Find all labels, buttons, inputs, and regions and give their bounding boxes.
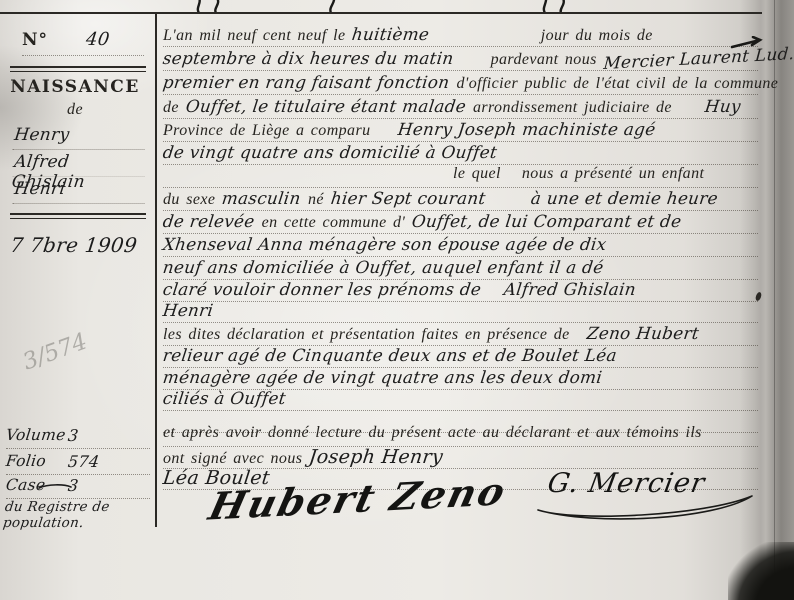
folio-row: Folio 574 — [6, 452, 150, 475]
body-line-9: de relevéeen cette commune d'Ouffet, de … — [163, 211, 758, 234]
body-line-10: Xhenseval Anna ménagère son épouse agée … — [163, 234, 758, 257]
pencil-annotation: 3/574 — [20, 328, 91, 375]
volume-row: Volume 3 — [6, 426, 150, 449]
body-line-8: du sexemasculinnéhier Sept courantà une … — [163, 188, 758, 211]
record-type-title: NAISSANCE — [0, 77, 150, 97]
body-line-12: claré vouloir donner les prénoms deAlfre… — [163, 279, 758, 302]
text-segment: le quel — [453, 165, 501, 183]
act-number-label: N° — [22, 30, 48, 50]
text-segment: Ouffet, le titulaire étant malade — [185, 96, 468, 116]
text-segment: Xhenseval Anna ménagère son épouse agée … — [162, 234, 608, 254]
body-line-14: les dites déclaration et présentation fa… — [163, 323, 758, 346]
text-segment: ciliés à Ouffet — [162, 388, 287, 408]
body-line-5: Province de Liège a comparuHenry Joseph … — [163, 119, 758, 142]
text-segment: pardevant nous — [491, 51, 597, 69]
text-segment: septembre à dix heures du matin — [162, 48, 455, 68]
text-segment: huitième — [351, 24, 431, 44]
double-rule-bottom — [10, 213, 146, 219]
margin-date-note: 7 7bre 1909 — [9, 233, 139, 257]
case-row: Case 3 — [6, 476, 150, 499]
text-segment: masculin — [221, 188, 302, 208]
child-given-names: Alfred Ghislain — [12, 152, 147, 177]
body-line-4: deOuffet, le titulaire étant maladearron… — [163, 96, 758, 119]
body-line-13: Henri — [163, 300, 758, 323]
double-rule-top — [10, 66, 146, 72]
text-segment: à une et demie heure — [529, 188, 718, 208]
text-segment: ménagère agée de vingt quatre ans les de… — [162, 367, 604, 387]
text-segment: nous a présenté un enfant — [522, 165, 704, 183]
text-segment: arrondissement judiciaire de — [473, 99, 672, 117]
act-number-row: N° 40 — [22, 29, 144, 56]
body-line-17: ciliés à Ouffet — [163, 388, 758, 411]
text-segment: de vingt quatre ans domicilié à Ouffet — [162, 142, 499, 162]
text-segment: Province de Liège a comparu — [163, 122, 371, 140]
body-line-16: ménagère agée de vingt quatre ans les de… — [163, 367, 758, 390]
text-segment: neuf ans domiciliée à Ouffet, auquel enf… — [162, 257, 605, 277]
body-line-19: et après avoir donné lecture du présent … — [163, 424, 758, 447]
text-segment: du sexe — [163, 191, 215, 209]
body-line-3: premier en rang faisant fonctiond'offici… — [163, 72, 758, 95]
text-segment: Henri — [162, 300, 215, 320]
ink-mark — [730, 36, 764, 52]
text-segment: claré vouloir donner les prénoms de — [162, 279, 483, 299]
child-surname: Henry — [12, 125, 147, 150]
body-line-15: relieur agé de Cinquante deux ans et de … — [163, 345, 758, 368]
text-segment: ont signé avec nous — [163, 450, 302, 468]
body-line-6: de vingt quatre ans domicilié à Ouffet — [163, 142, 758, 165]
text-segment: Mercier Laurent Lud. — [603, 43, 794, 73]
text-segment: L'an mil neuf cent neuf le — [163, 27, 345, 45]
text-segment: né — [308, 191, 324, 209]
text-segment: Ouffet, de lui Comparant et de — [411, 211, 683, 231]
text-segment: de relevée — [162, 211, 256, 231]
body-line-11: neuf ans domiciliée à Ouffet, auquel enf… — [163, 257, 758, 280]
text-segment: d'officier public de l'état civil de la … — [456, 75, 778, 93]
text-segment: jour du mois de — [541, 27, 653, 45]
text-segment: Huy — [704, 96, 742, 116]
text-segment: et après avoir donné lecture du présent … — [163, 424, 702, 442]
volume-label: Volume — [5, 426, 67, 444]
folio-value: 574 — [67, 452, 101, 471]
text-segment: en cette commune d' — [262, 214, 406, 232]
signature-flourish — [524, 490, 764, 530]
text-segment: hier Sept courant — [330, 188, 487, 208]
text-segment: Zeno Hubert — [585, 323, 699, 343]
folio-label: Folio — [5, 452, 47, 470]
register-reference-note: du Registre de population. — [2, 499, 158, 531]
child-given-name-2: Henri — [12, 179, 147, 204]
text-segment: Alfred Ghislain — [503, 279, 637, 299]
record-type-de: de — [0, 101, 150, 119]
margin-column: N° 40 NAISSANCE de Henry Alfred Ghislain… — [0, 13, 157, 600]
body-line-1: L'an mil neuf cent neuf lehuitièmejour d… — [163, 24, 758, 47]
body-line-2: septembre à dix heures du matinpardevant… — [163, 48, 758, 71]
body-line-20: ont signé avec nousJoseph Henry — [163, 446, 758, 469]
text-segment: les dites déclaration et présentation fa… — [163, 326, 570, 344]
text-segment: Joseph Henry — [308, 446, 445, 468]
body-line-7: le quelnous a présenté un enfant — [163, 165, 758, 188]
pen-flourish — [38, 483, 72, 491]
text-segment: relieur agé de Cinquante deux ans et de … — [162, 345, 618, 365]
act-number-value: 40 — [85, 29, 111, 50]
text-segment: Henry Joseph machiniste agé — [396, 119, 656, 139]
volume-value: 3 — [67, 426, 80, 445]
text-segment: de — [163, 99, 179, 117]
register-scan-page: N° 40 NAISSANCE de Henry Alfred Ghislain… — [0, 0, 794, 600]
text-segment: premier en rang faisant fonction — [162, 72, 451, 92]
